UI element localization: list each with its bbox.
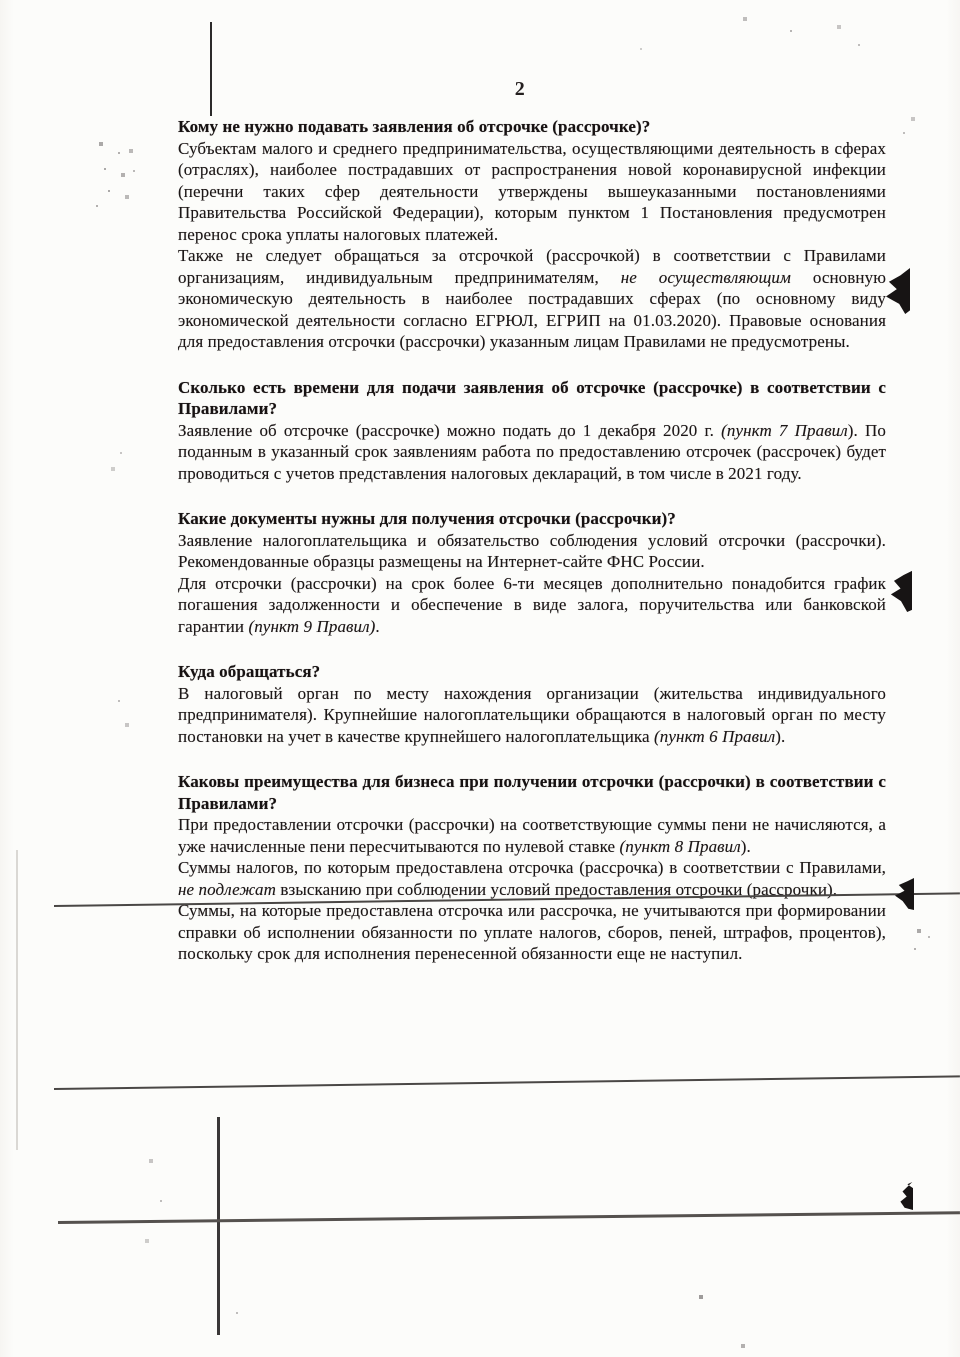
document-section: Кому не нужно подавать заявления об отср…	[178, 116, 886, 353]
paragraph: Заявление об отсрочке (рассрочке) можно …	[178, 420, 886, 485]
italic-text-run: (пункт 6 Правил	[654, 727, 775, 746]
scan-artifact-vertical-line-top	[210, 22, 212, 116]
paragraph: Суммы налогов, по которым предоставлена …	[178, 857, 886, 900]
text-run: .	[375, 617, 379, 636]
section-heading: Каковы преимущества для бизнеса при полу…	[178, 771, 886, 814]
paragraph: При предоставлении отсрочки (рассрочки) …	[178, 814, 886, 857]
scan-artifact-bottom-line	[58, 1211, 960, 1223]
scan-artifact-underline	[54, 1075, 960, 1090]
text-run: Суммы, на которые предоставлена отсрочка…	[178, 901, 886, 963]
italic-text-run: (пункт 9 Правил)	[248, 617, 375, 636]
text-run: ).	[775, 727, 785, 746]
paragraph: Заявление налогоплательщика и обязательс…	[178, 530, 886, 573]
scan-artifact-ink-blob	[890, 570, 912, 612]
scan-artifact-vertical-line-bottom	[217, 1117, 220, 1335]
scanned-page: 2 Кому не нужно подавать заявления об от…	[0, 0, 960, 1357]
text-run: При предоставлении отсрочки (рассрочки) …	[178, 815, 886, 856]
text-run: Субъектам малого и среднего предпринимат…	[178, 139, 886, 244]
document-section: Сколько есть времени для подачи заявлени…	[178, 377, 886, 485]
paragraph: Субъектам малого и среднего предпринимат…	[178, 138, 886, 246]
italic-text-run: не подлежат	[178, 880, 276, 899]
document-section: Куда обращаться?В налоговый орган по мес…	[178, 661, 886, 747]
paragraph: Суммы, на которые предоставлена отсрочка…	[178, 900, 886, 965]
section-heading: Кому не нужно подавать заявления об отср…	[178, 116, 886, 138]
page-number: 2	[505, 78, 535, 101]
text-run: ).	[741, 837, 751, 856]
italic-text-run: (пункт 7 Правил	[721, 421, 848, 440]
text-run: Суммы налогов, по которым предоставлена …	[178, 858, 886, 877]
section-heading: Сколько есть времени для подачи заявлени…	[178, 377, 886, 420]
text-run: Заявление об отсрочке (рассрочке) можно …	[178, 421, 721, 440]
document-section: Какие документы нужны для получения отср…	[178, 508, 886, 637]
section-heading: Какие документы нужны для получения отср…	[178, 508, 886, 530]
italic-text-run: (пункт 8 Правил	[620, 837, 741, 856]
paragraph: В налоговый орган по месту нахождения ор…	[178, 683, 886, 748]
paragraph: Для отсрочки (рассрочки) на срок более 6…	[178, 573, 886, 638]
paragraph: Также не следует обращаться за отсрочкой…	[178, 245, 886, 353]
document-sections: Кому не нужно подавать заявления об отср…	[178, 116, 886, 989]
section-heading: Куда обращаться?	[178, 661, 886, 683]
scan-artifact-edge-shadow	[16, 850, 18, 1150]
document-section: Каковы преимущества для бизнеса при полу…	[178, 771, 886, 965]
scan-artifact-ink-blob	[899, 1182, 913, 1210]
italic-text-run: не осуществляющим	[621, 268, 791, 287]
scan-artifact-speckles	[0, 0, 2, 2]
text-run: Заявление налогоплательщика и обязательс…	[178, 531, 886, 572]
scan-artifact-ink-blob	[886, 268, 910, 314]
